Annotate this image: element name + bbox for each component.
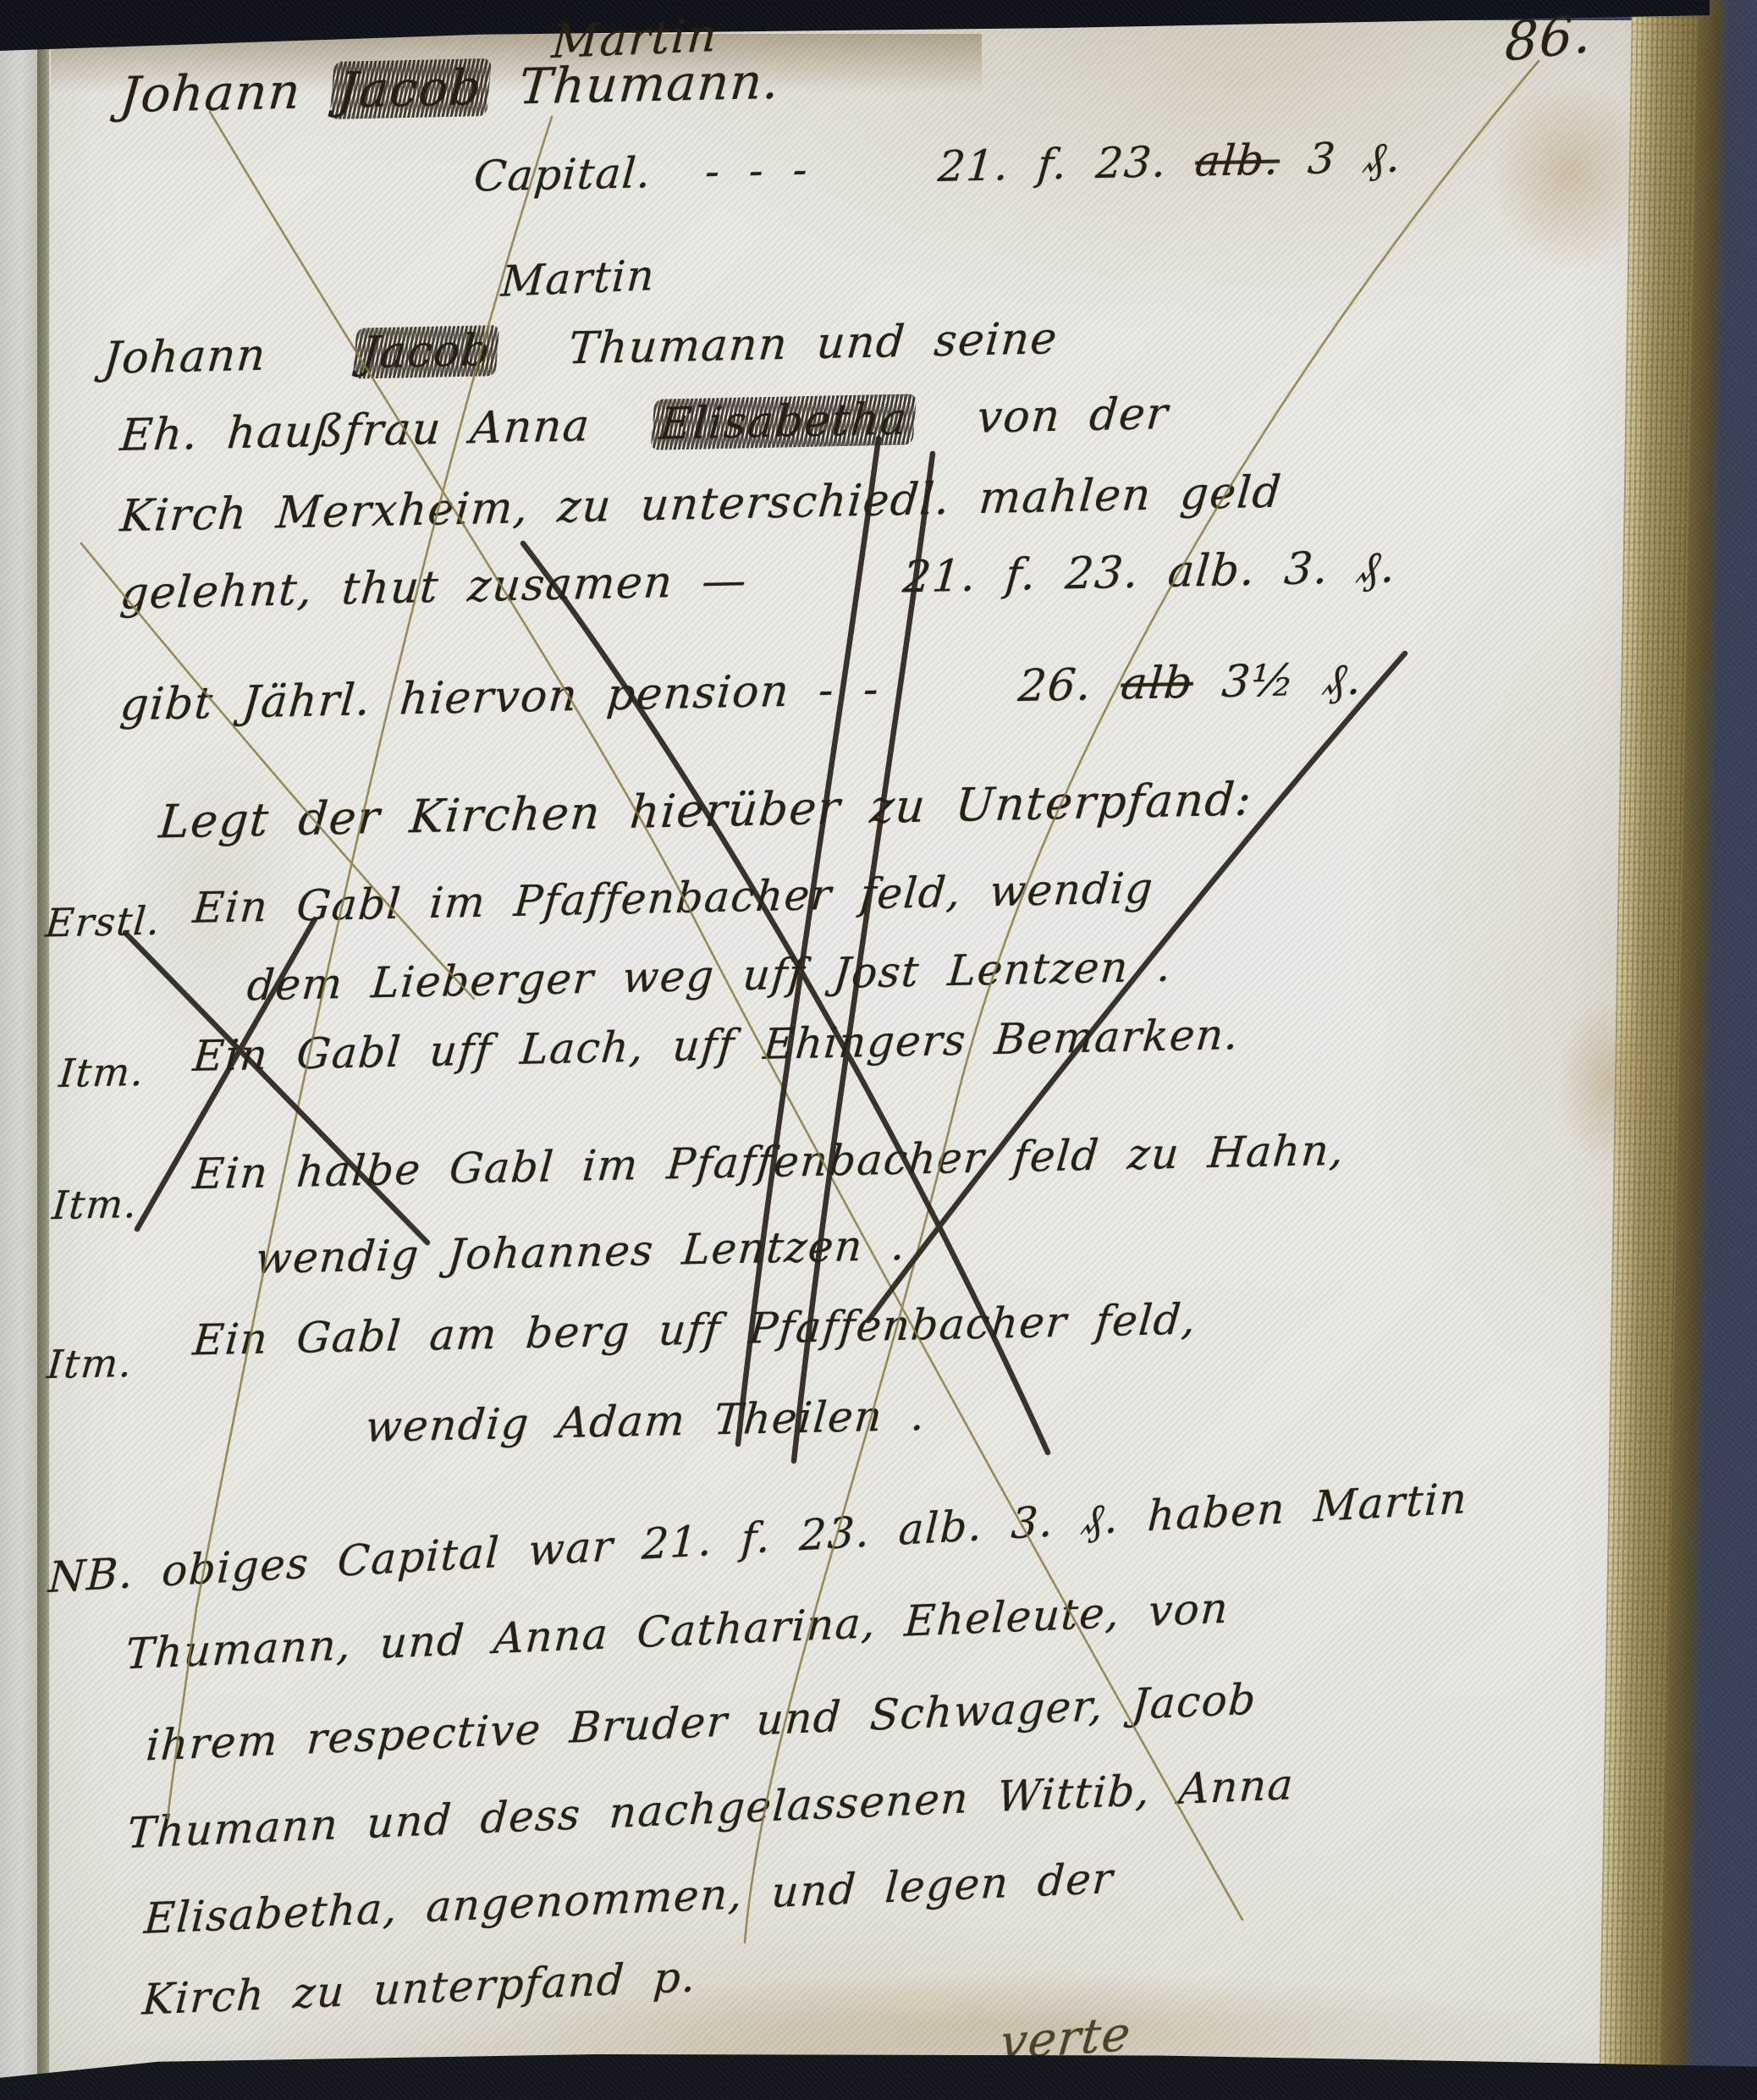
body-line1-pre: Johann bbox=[102, 330, 269, 384]
body-line1-struck: Jacob bbox=[352, 325, 499, 379]
body-line4-amount: 21. f. 23. alb. 3. ₰. bbox=[901, 542, 1398, 603]
body-line2-post: von der bbox=[975, 389, 1170, 444]
capital-struck-unit: alb. bbox=[1193, 135, 1282, 185]
pension-amount: 26. bbox=[1016, 659, 1094, 712]
pledge-item2-marker: Itm. bbox=[58, 1049, 146, 1096]
capital-amount: 21. f. 23. bbox=[936, 137, 1169, 191]
previous-page-edge bbox=[0, 15, 39, 2081]
pension-amount-tail: 3½ ₰. bbox=[1220, 654, 1364, 708]
page-number: 86. bbox=[1504, 2, 1593, 73]
pledge-item1-marker: Erstl. bbox=[44, 898, 163, 946]
capital-amount-tail: 3 ₰. bbox=[1306, 132, 1403, 183]
pledge-item3-marker: Itm. bbox=[51, 1181, 140, 1228]
manuscript-scan: 86. Martin Johann Jacob Thumann. Capital… bbox=[0, 0, 1757, 2100]
body-line1-post: Thumann und seine bbox=[566, 313, 1060, 374]
heading-name-post: Thumann. bbox=[517, 52, 783, 116]
pension-struck-unit: alb bbox=[1119, 658, 1195, 710]
body-inserted-name: Martin bbox=[499, 251, 657, 306]
body-line2-pre: Eh. haußfrau Anna bbox=[118, 400, 592, 461]
capital-label: Capital. bbox=[472, 148, 654, 201]
pledge-item4-marker: Itm. bbox=[46, 1340, 135, 1387]
heading-struck-name: Jacob bbox=[329, 58, 492, 119]
body-line2-struck: Elisabetha bbox=[651, 394, 917, 450]
heading-name-pre: Johann bbox=[118, 63, 303, 124]
capital-dashes: - - - bbox=[703, 145, 811, 196]
